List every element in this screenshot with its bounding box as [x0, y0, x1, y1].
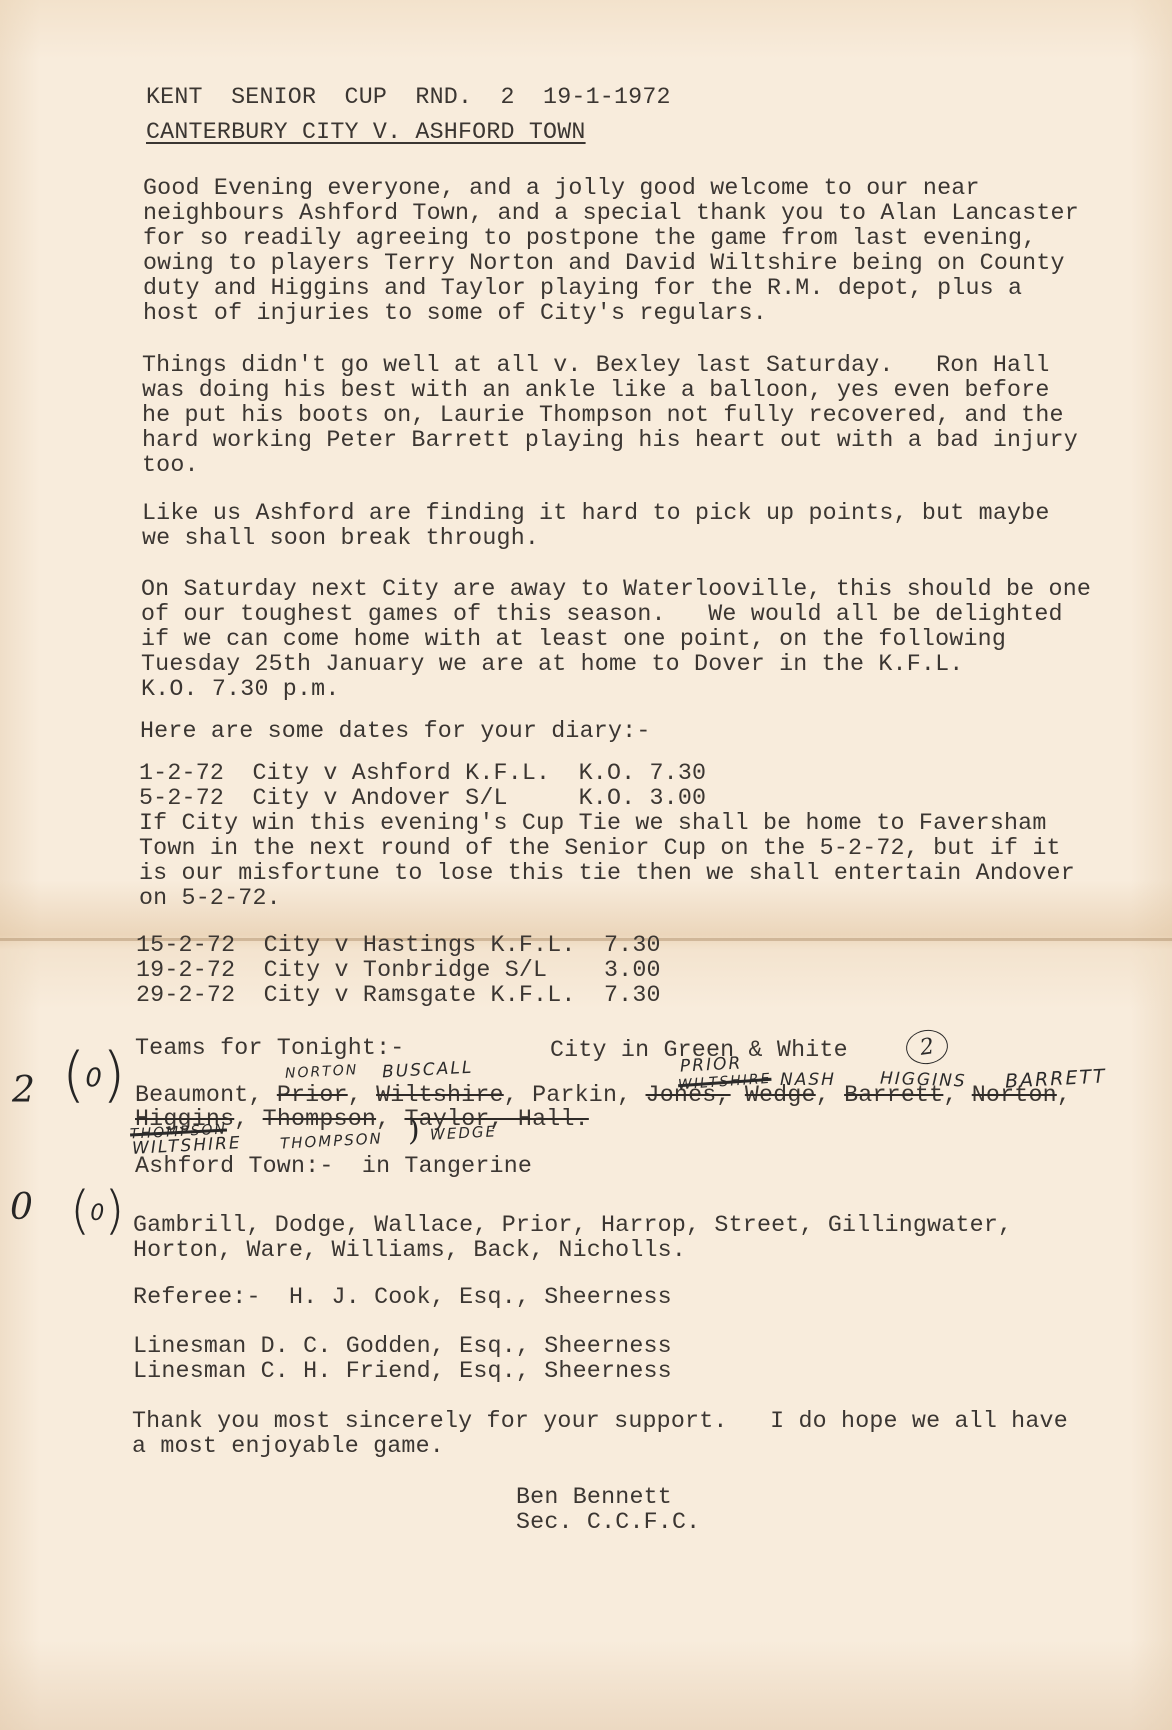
- handwritten-sub-buscall: BUSCALL: [382, 1058, 474, 1083]
- struck-player: Norton: [972, 1082, 1057, 1108]
- fixture-row: 1-2-72 City v Ashford K.F.L. K.O. 7.30: [139, 760, 706, 786]
- fixture-title: CANTERBURY CITY V. ASHFORD TOWN: [146, 119, 586, 145]
- struck-player: Barrett: [844, 1082, 943, 1108]
- signature-title: Sec. C.C.F.C.: [516, 1509, 700, 1535]
- struck-player: Wedge: [745, 1082, 816, 1108]
- teams-heading: Teams for Tonight:-: [135, 1035, 404, 1061]
- circled-goals-mark: 2: [904, 1027, 950, 1067]
- ashford-lineup: Horton, Ware, Williams, Back, Nicholls.: [133, 1237, 686, 1263]
- struck-player: Jones,: [646, 1082, 731, 1108]
- fixture-row: 19-2-72 City v Tonbridge S/L 3.00: [136, 957, 661, 983]
- handwritten-sub-norton: NORTON: [285, 1062, 359, 1082]
- handwritten-bracket: ): [408, 1116, 420, 1146]
- signature-name: Ben Bennett: [516, 1484, 672, 1510]
- ashford-lineup: Gambrill, Dodge, Wallace, Prior, Harrop,…: [133, 1212, 1012, 1238]
- ashford-final-score: 0: [10, 1190, 33, 1226]
- diary-heading: Here are some dates for your diary:-: [140, 718, 651, 744]
- referee: Referee:- H. J. Cook, Esq., Sheerness: [133, 1284, 672, 1310]
- struck-player: Prior: [277, 1082, 348, 1108]
- city-halftime-score: (0): [62, 1045, 125, 1105]
- city-lineup-line1: Beaumont, Prior, Wiltshire, Parkin, Jone…: [135, 1082, 1071, 1108]
- struck-player: Wiltshire: [376, 1082, 504, 1108]
- fixture-row: 5-2-72 City v Andover S/L K.O. 3.00: [139, 785, 706, 811]
- handwritten-sub-wedge: WEDGE: [430, 1122, 498, 1143]
- match-title: KENT SENIOR CUP RND. 2 19-1-1972: [146, 84, 671, 110]
- ashford-halftime-score: (0): [70, 1185, 125, 1237]
- ashford-heading: Ashford Town:- in Tangerine: [135, 1153, 532, 1179]
- linesman: Linesman C. H. Friend, Esq., Sheerness: [133, 1358, 672, 1384]
- struck-player: Thompson: [263, 1106, 376, 1132]
- handwritten-sub-thompson: THOMPSON: [280, 1129, 384, 1152]
- city-final-score: 2: [12, 1073, 35, 1109]
- linesman: Linesman D. C. Godden, Esq., Sheerness: [133, 1333, 672, 1359]
- fixture-row: 29-2-72 City v Ramsgate K.F.L. 7.30: [136, 982, 661, 1008]
- fixture-row: 15-2-72 City v Hastings K.F.L. 7.30: [136, 932, 661, 958]
